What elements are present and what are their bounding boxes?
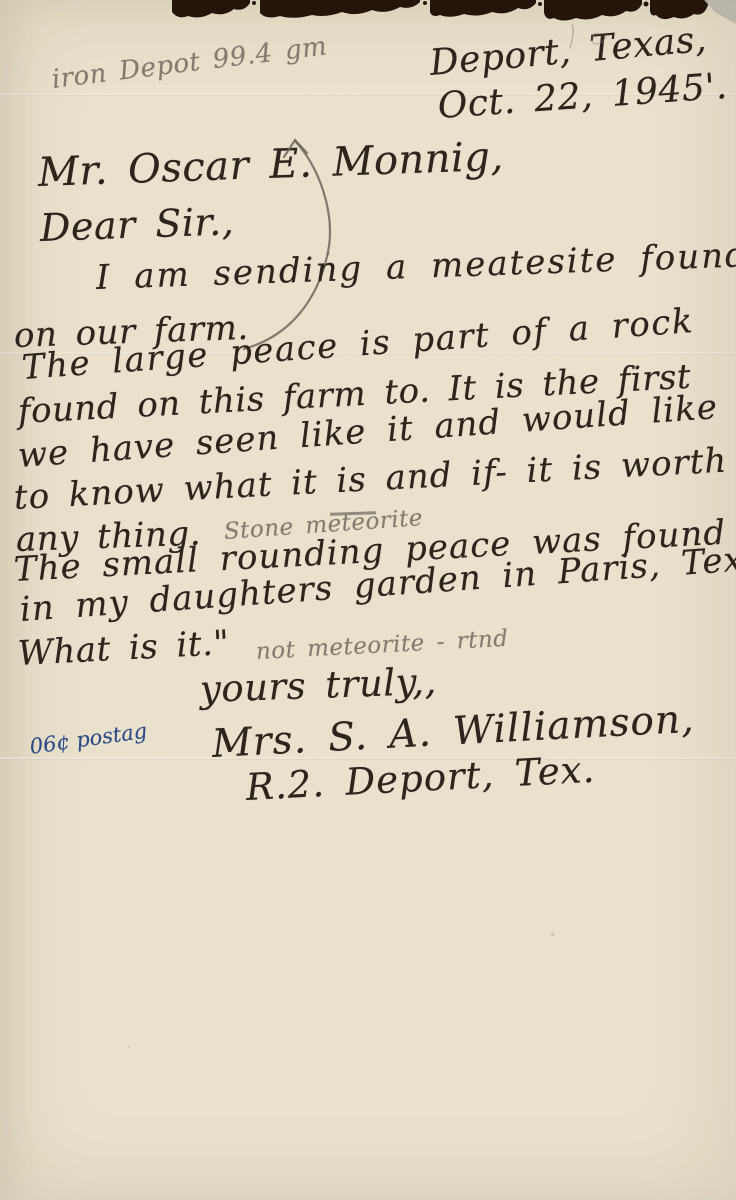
scan-corner: [704, 0, 736, 24]
paper-speck: [128, 1046, 130, 1048]
salutation: Dear Sir.,: [39, 201, 235, 249]
paper-speck: [551, 933, 554, 936]
body-line: I am sending a meatesite found: [95, 237, 736, 296]
pencil-annotation-not-meteorite: not meteorite - rtnd: [255, 627, 509, 665]
blue-postage-note: 06¢ postag: [28, 720, 148, 759]
letter-page: iron Depot 99.4 gm Deport, Texas, Oct. 2…: [0, 0, 736, 1200]
closing: yours truly,,: [199, 662, 437, 710]
recipient-line: Mr. Oscar E. Monnig,: [37, 136, 504, 195]
body-line: What is it.": [17, 625, 230, 673]
pencil-weight-note: iron Depot 99.4 gm: [50, 32, 328, 94]
paper-speck: [327, 252, 330, 255]
